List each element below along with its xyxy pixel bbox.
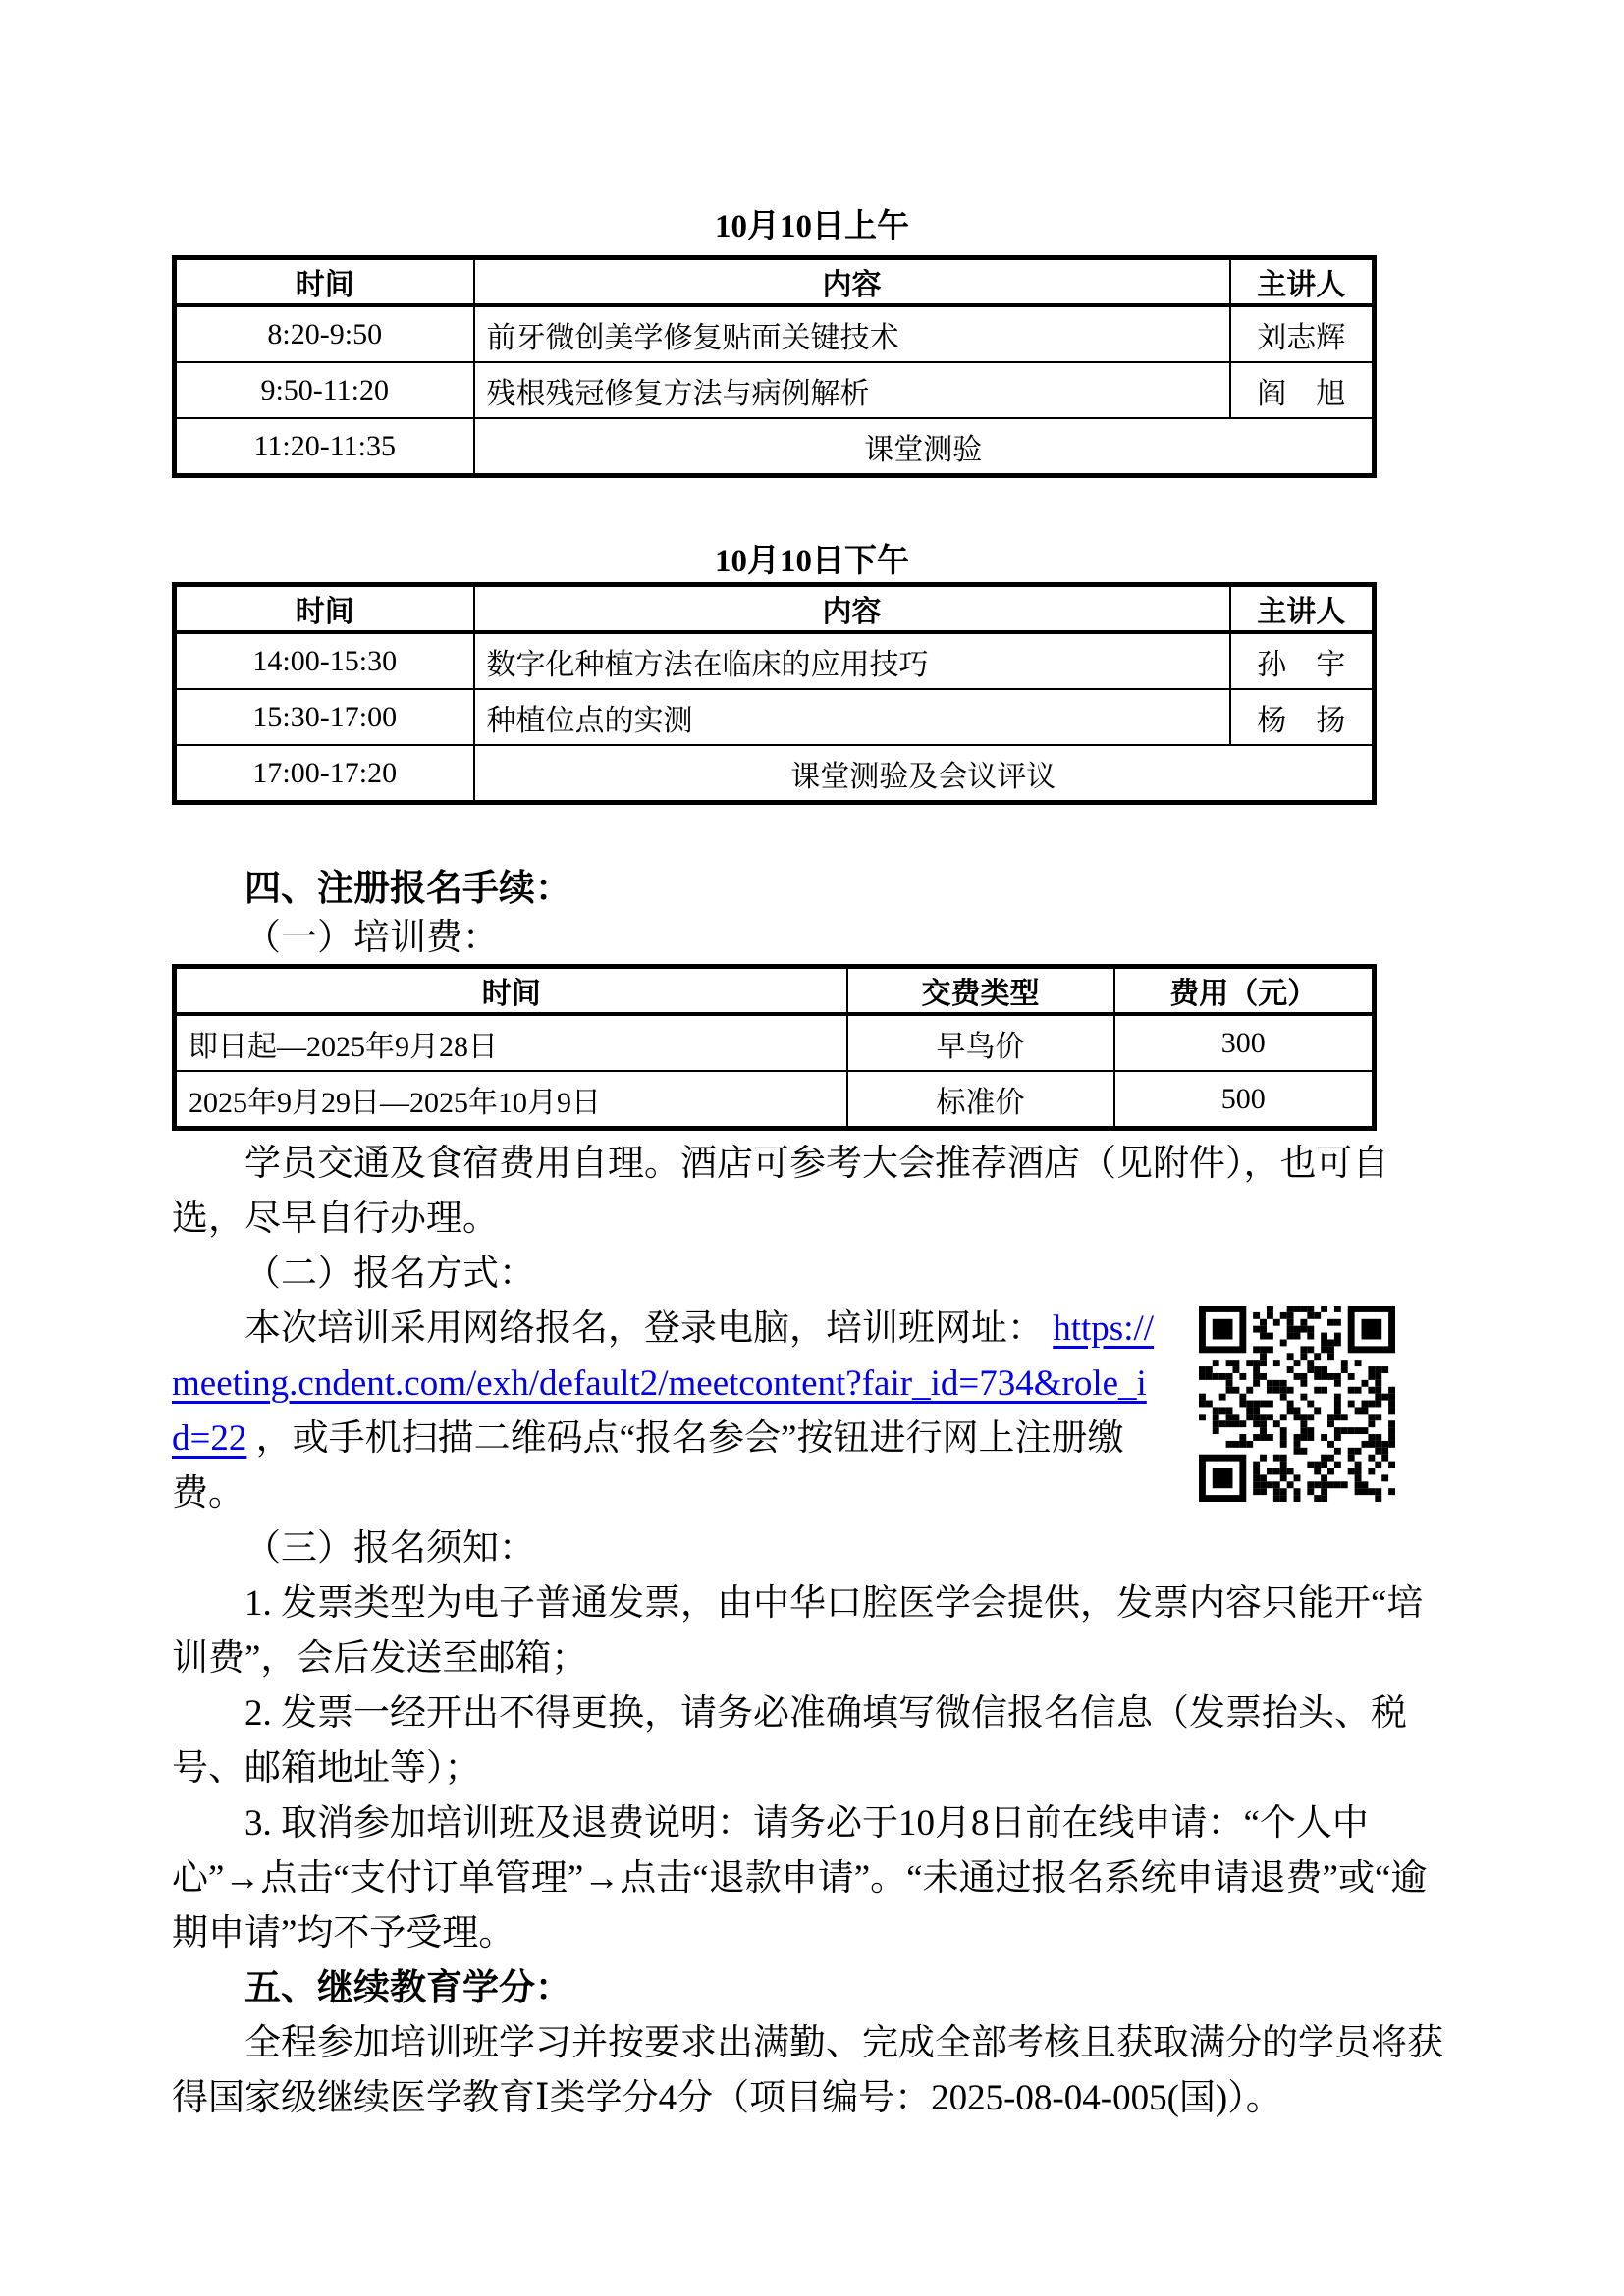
- period-cell: 即日起—2025年9月28日: [175, 1014, 847, 1071]
- fee-note-paragraph: 学员交通及食宿费用自理。酒店可参考大会推荐酒店（见附件），也可自选，尽早自行办理…: [172, 1137, 1452, 1247]
- col-header-speaker: 主讲人: [1230, 585, 1375, 633]
- type-cell: 标准价: [847, 1071, 1114, 1129]
- col-header-speaker: 主讲人: [1230, 258, 1375, 306]
- registration-paragraph: 本次培训采用网络报名，登录电脑，培训班网址： https://meeting.c…: [172, 1302, 1452, 1522]
- speaker-cell: 刘志辉: [1230, 305, 1375, 362]
- time-cell: 9:50-11:20: [175, 362, 474, 418]
- time-cell: 11:20-11:35: [175, 418, 474, 476]
- morning-schedule-table: 时间 内容 主讲人 8:20-9:50 前牙微创美学修复贴面关键技术 刘志辉 9…: [172, 255, 1377, 478]
- qr-code: [1199, 1306, 1395, 1502]
- sub-heading-notice: （三）报名须知：: [172, 1522, 1452, 1576]
- document-page: 10月10日上午 时间 内容 主讲人 8:20-9:50 前牙微创美学修复贴面关…: [0, 0, 1624, 2296]
- table-row: 17:00-17:20 课堂测验及会议评议: [175, 745, 1375, 803]
- sub-heading-registration: （二）报名方式：: [172, 1247, 1452, 1302]
- fee-table: 时间 交费类型 费用（元） 即日起—2025年9月28日 早鸟价 300 202…: [172, 964, 1377, 1131]
- merged-content-cell: 课堂测验: [474, 418, 1375, 476]
- document-content: 10月10日上午 时间 内容 主讲人 8:20-9:50 前牙微创美学修复贴面关…: [0, 0, 1624, 2126]
- col-header-content: 内容: [474, 585, 1230, 633]
- afternoon-schedule-title: 10月10日下午: [172, 541, 1452, 582]
- col-header-time: 时间: [175, 967, 847, 1015]
- time-cell: 8:20-9:50: [175, 305, 474, 362]
- content-cell: 种植位点的实测: [474, 689, 1230, 745]
- table-row: 9:50-11:20 残根残冠修复方法与病例解析 阎 旭: [175, 362, 1375, 418]
- notice-item-2: 2. 发票一经开出不得更换，请务必准确填写微信报名信息（发票抬头、税号、邮箱地址…: [172, 1686, 1452, 1796]
- speaker-cell: 杨 扬: [1230, 689, 1375, 745]
- credits-paragraph: 全程参加培训班学习并按要求出满勤、完成全部考核且获取满分的学员将获得国家级继续医…: [172, 2016, 1452, 2126]
- table-header-row: 时间 内容 主讲人: [175, 258, 1375, 306]
- section-4-heading: 四、注册报名手续：: [172, 862, 1452, 917]
- table-header-row: 时间 内容 主讲人: [175, 585, 1375, 633]
- col-header-fee: 费用（元）: [1114, 967, 1375, 1015]
- col-header-time: 时间: [175, 585, 474, 633]
- morning-schedule-title: 10月10日上午: [172, 206, 1452, 247]
- table-row: 即日起—2025年9月28日 早鸟价 300: [175, 1014, 1375, 1071]
- speaker-cell: 阎 旭: [1230, 362, 1375, 418]
- fee-cell: 500: [1114, 1071, 1375, 1129]
- period-cell: 2025年9月29日—2025年10月9日: [175, 1071, 847, 1129]
- notice-item-1: 1. 发票类型为电子普通发票，由中华口腔医学会提供，发票内容只能开“培训费”，会…: [172, 1576, 1452, 1686]
- registration-text-before: 本次培训采用网络报名，登录电脑，培训班网址：: [244, 1308, 1053, 1349]
- col-header-type: 交费类型: [847, 967, 1114, 1015]
- afternoon-schedule-table: 时间 内容 主讲人 14:00-15:30 数字化种植方法在临床的应用技巧 孙 …: [172, 582, 1377, 805]
- content-cell: 数字化种植方法在临床的应用技巧: [474, 632, 1230, 689]
- table-row: 8:20-9:50 前牙微创美学修复贴面关键技术 刘志辉: [175, 305, 1375, 362]
- merged-content-cell: 课堂测验及会议评议: [474, 745, 1375, 803]
- table-row: 15:30-17:00 种植位点的实测 杨 扬: [175, 689, 1375, 745]
- table-row: 2025年9月29日—2025年10月9日 标准价 500: [175, 1071, 1375, 1129]
- content-cell: 前牙微创美学修复贴面关键技术: [474, 305, 1230, 362]
- col-header-content: 内容: [474, 258, 1230, 306]
- col-header-time: 时间: [175, 258, 474, 306]
- content-cell: 残根残冠修复方法与病例解析: [474, 362, 1230, 418]
- section-5-heading: 五、继续教育学分：: [172, 1961, 1452, 2016]
- type-cell: 早鸟价: [847, 1014, 1114, 1071]
- speaker-cell: 孙 宇: [1230, 632, 1375, 689]
- time-cell: 15:30-17:00: [175, 689, 474, 745]
- registration-text-after: ，或手机扫描二维码点“报名参会”按钮进行网上注册缴费。: [172, 1418, 1123, 1514]
- table-row: 14:00-15:30 数字化种植方法在临床的应用技巧 孙 宇: [175, 632, 1375, 689]
- notice-item-3: 3. 取消参加培训班及退费说明：请务必于10月8日前在线申请：“个人中心”→点击…: [172, 1796, 1452, 1961]
- time-cell: 14:00-15:30: [175, 632, 474, 689]
- sub-heading-fees: （一）培训费：: [172, 917, 1452, 960]
- time-cell: 17:00-17:20: [175, 745, 474, 803]
- fee-cell: 300: [1114, 1014, 1375, 1071]
- table-row: 11:20-11:35 课堂测验: [175, 418, 1375, 476]
- table-header-row: 时间 交费类型 费用（元）: [175, 967, 1375, 1015]
